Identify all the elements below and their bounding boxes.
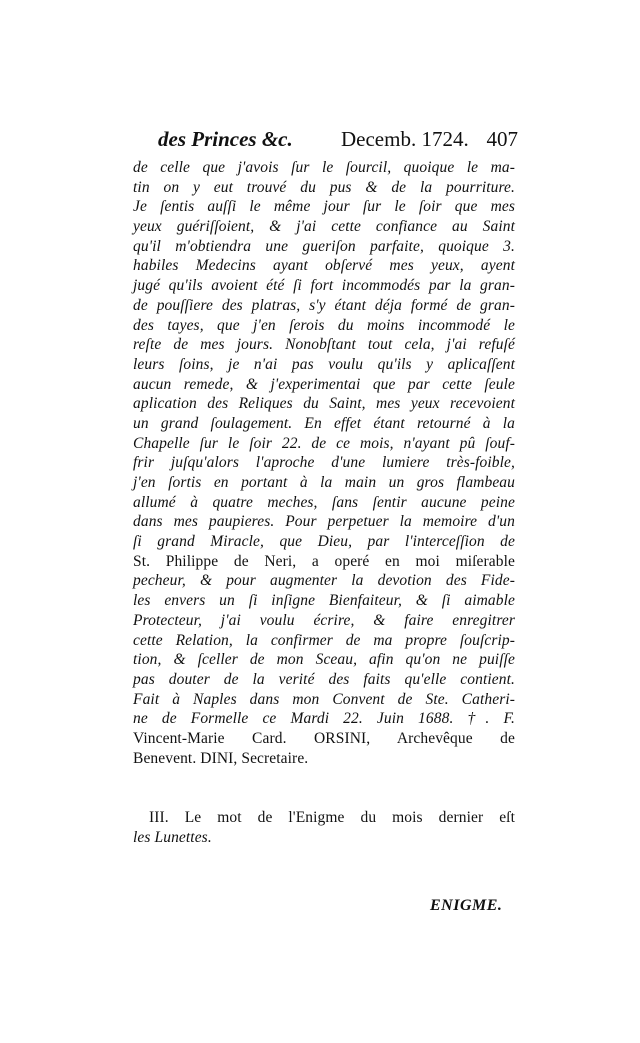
signature-line: Vincent-Marie Card. ORSINI, Archevêque d… xyxy=(133,729,515,749)
text-line: les envers un ſi inſigne Bienfaiteur, & … xyxy=(133,591,515,611)
text-line: Je ſentis auſſi le même jour ſur le ſoir… xyxy=(133,197,515,217)
text-line: de celle que j'avois ſur le ſourcil, quo… xyxy=(133,158,515,178)
signature-line: Benevent. DINI, Secretaire. xyxy=(133,749,515,769)
text-line: Chapelle ſur le ſoir 22. de ce mois, n'a… xyxy=(133,434,515,454)
scanned-page: des Princes &c. Decemb. 1724. 407 de cel… xyxy=(0,0,640,1043)
text-line: j'en ſortis en portant à la main un gros… xyxy=(133,473,515,493)
running-title: des Princes &c. xyxy=(158,127,293,152)
text-line: des tayes, que j'en ſerois du moins inco… xyxy=(133,316,515,336)
text-line: tin on y eut trouvé du pus & de la pourr… xyxy=(133,178,515,198)
text-line: Protecteur, j'ai voulu écrire, & faire e… xyxy=(133,611,515,631)
enigma-note: III. Le mot de l'Enigme du mois dernier … xyxy=(133,808,515,847)
text-line: yeux guériſſoient, & j'ai cette confianc… xyxy=(133,217,515,237)
text-line: aucun remede, & j'experimentai que par c… xyxy=(133,375,515,395)
text-line: tion, & ſceller de mon Sceau, afin qu'on… xyxy=(133,650,515,670)
text-line: St. Philippe de Neri, a operé en moi miſ… xyxy=(133,552,515,572)
text-line: pecheur, & pour augmenter la devotion de… xyxy=(133,571,515,591)
header-date: Decemb. 1724. xyxy=(341,127,469,152)
note-line: les Lunettes. xyxy=(133,828,515,848)
text-line: allumé à quatre meches, ſans ſentir aucu… xyxy=(133,493,515,513)
body-text: de celle que j'avois ſur le ſourcil, quo… xyxy=(133,158,515,768)
text-line: de pouſſiere des platras, s'y étant déja… xyxy=(133,296,515,316)
text-line: dans mes paupieres. Pour perpetuer la me… xyxy=(133,512,515,532)
text-line: leurs ſoins, je n'ai pas voulu qu'ils y … xyxy=(133,355,515,375)
text-line: reſte de mes jours. Nonobſtant tout cela… xyxy=(133,335,515,355)
catchword: ENIGME. xyxy=(430,897,502,915)
text-line: habiles Medecins ayant obſervé mes yeux,… xyxy=(133,256,515,276)
text-line: un grand ſoulagement. En effet étant ret… xyxy=(133,414,515,434)
text-line: jugé qu'ils avoient été ſi fort incommod… xyxy=(133,276,515,296)
page-number: 407 xyxy=(487,127,519,152)
text-line: ne de Formelle ce Mardi 22. Juin 1688. †… xyxy=(133,709,515,729)
running-header: des Princes &c. Decemb. 1724. 407 xyxy=(158,127,518,155)
note-line: III. Le mot de l'Enigme du mois dernier … xyxy=(133,808,515,828)
text-line: Fait à Naples dans mon Convent de Ste. C… xyxy=(133,690,515,710)
text-line: ſi grand Miracle, que Dieu, par l'interc… xyxy=(133,532,515,552)
text-line: qu'il m'obtiendra une gueriſon parfaite,… xyxy=(133,237,515,257)
text-line: frir juſqu'alors l'aproche d'une lumiere… xyxy=(133,453,515,473)
text-line: cette Relation, la confirmer de ma propr… xyxy=(133,631,515,651)
text-line: aplication des Reliques du Saint, mes ye… xyxy=(133,394,515,414)
text-line: pas douter de la verité des faits qu'ell… xyxy=(133,670,515,690)
